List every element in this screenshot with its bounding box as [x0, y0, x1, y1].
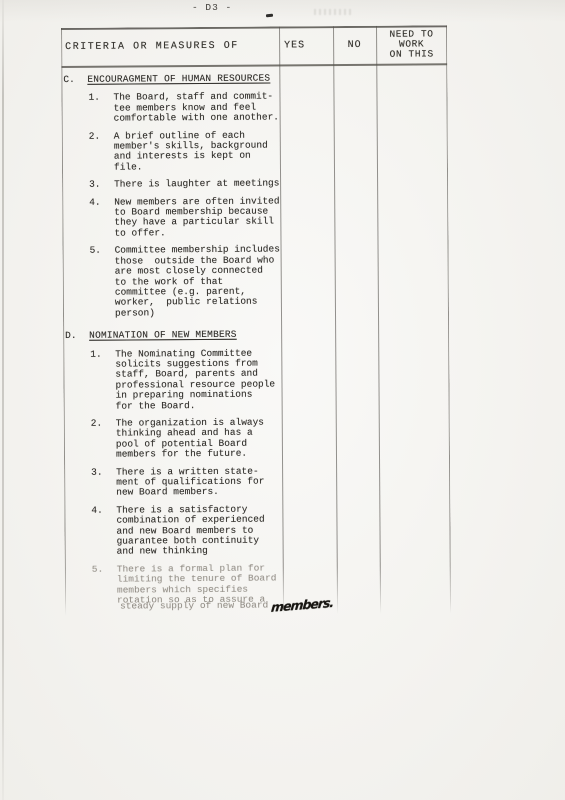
item-line: new Board members.	[116, 487, 282, 499]
checklist-item: 3. There is laughter at meetings	[62, 179, 280, 191]
table-body: C. ENCOURAGMENT OF HUMAN RESOURCES 1. Th…	[61, 66, 283, 612]
yes-no-divider	[333, 26, 338, 618]
scan-smudge	[314, 9, 354, 15]
item-line: person)	[115, 307, 281, 319]
checklist-item: 5. Committee membership includesthose ou…	[63, 245, 282, 319]
section-heading: C. ENCOURAGMENT OF HUMAN RESOURCES	[61, 73, 279, 85]
item-line: and new thinking	[117, 546, 283, 558]
no-need-divider	[376, 26, 381, 618]
item-number: 5.	[90, 246, 116, 319]
item-number: 3.	[91, 467, 116, 498]
checklist-item: 4. There is a satisfactorycombination of…	[64, 504, 282, 558]
section: D. NOMINATION OF NEW MEMBERS 1. The Nomi…	[63, 330, 283, 613]
item-line: steady supply of new Boardmembers.	[120, 600, 334, 612]
item-text: There is a written state-ment of qualifi…	[116, 466, 282, 498]
item-text: There is laughter at meetings	[114, 179, 280, 191]
column-header-yes: YES	[279, 40, 333, 51]
section-letter: D.	[63, 331, 89, 342]
handwritten-note: members.	[271, 598, 334, 613]
section-heading: D. NOMINATION OF NEW MEMBERS	[63, 330, 281, 342]
scan-edge-artifact	[2, 0, 4, 800]
checklist-item: 2. The organization is alwaysthinking ah…	[64, 417, 282, 460]
item-text: The Board, staff and commit-tee members …	[113, 92, 279, 124]
item-number: 1.	[90, 349, 115, 412]
column-header-criteria: CRITERIA OR MEASURES OF	[61, 40, 279, 53]
item-line: to offer.	[114, 227, 280, 239]
checklist-item: 5. There is a formal plan forlimiting th…	[65, 563, 283, 612]
item-line: members for the future.	[116, 449, 282, 461]
criteria-table: CRITERIA OR MEASURES OF YES NO NEED TO W…	[61, 25, 451, 620]
ink-mark	[266, 14, 273, 18]
column-header-no: NO	[333, 39, 376, 50]
table-right-border	[446, 25, 451, 617]
item-line: for the Board.	[116, 400, 282, 412]
section: C. ENCOURAGMENT OF HUMAN RESOURCES 1. Th…	[61, 73, 281, 319]
item-text: The Nominating Committeesolicits suggest…	[115, 348, 281, 412]
item-number: 5.	[92, 564, 117, 612]
item-line: file.	[114, 161, 280, 173]
section-letter: C.	[61, 75, 87, 86]
item-text: There is a formal plan forlimiting the t…	[117, 563, 334, 612]
section-title: ENCOURAGMENT OF HUMAN RESOURCES	[87, 74, 270, 86]
item-number: 3.	[89, 180, 114, 191]
item-number: 4.	[89, 197, 114, 239]
checklist-item: 1. The Board, staff and commit-tee membe…	[61, 92, 279, 125]
section-title: NOMINATION OF NEW MEMBERS	[89, 330, 237, 341]
item-line: comfortable with one another.	[114, 113, 280, 125]
checklist-item: 2. A brief outline of eachmember's skill…	[62, 130, 280, 173]
column-header-need-to-work-on-this: NEED TO WORK ON THIS	[376, 30, 447, 60]
item-text: The organization is alwaysthinking ahead…	[116, 417, 282, 460]
item-text: There is a satisfactorycombination of ex…	[116, 504, 282, 557]
item-text: New members are often invitedto Board me…	[114, 196, 280, 239]
item-number: 1.	[88, 93, 113, 124]
table-header-row: CRITERIA OR MEASURES OF YES NO NEED TO W…	[61, 25, 447, 66]
scanned-page: - D3 - CRITERIA OR MEASURES OF YES NO NE…	[0, 0, 565, 800]
item-number: 2.	[89, 131, 114, 173]
item-number: 2.	[91, 419, 116, 461]
page-number: - D3 -	[192, 2, 232, 13]
section-items: 1. The Nominating Committeesolicits sugg…	[63, 348, 283, 612]
section-items: 1. The Board, staff and commit-tee membe…	[61, 92, 281, 319]
item-text: A brief outline of eachmember's skills, …	[114, 130, 280, 173]
item-number: 4.	[91, 505, 116, 557]
checklist-item: 4. New members are often invitedto Board…	[62, 196, 280, 239]
item-text: Committee membership includesthose outsi…	[115, 245, 282, 319]
checklist-item: 3. There is a written state-ment of qual…	[64, 466, 282, 499]
checklist-item: 1. The Nominating Committeesolicits sugg…	[63, 348, 281, 412]
item-line: There is laughter at meetings	[114, 179, 280, 191]
